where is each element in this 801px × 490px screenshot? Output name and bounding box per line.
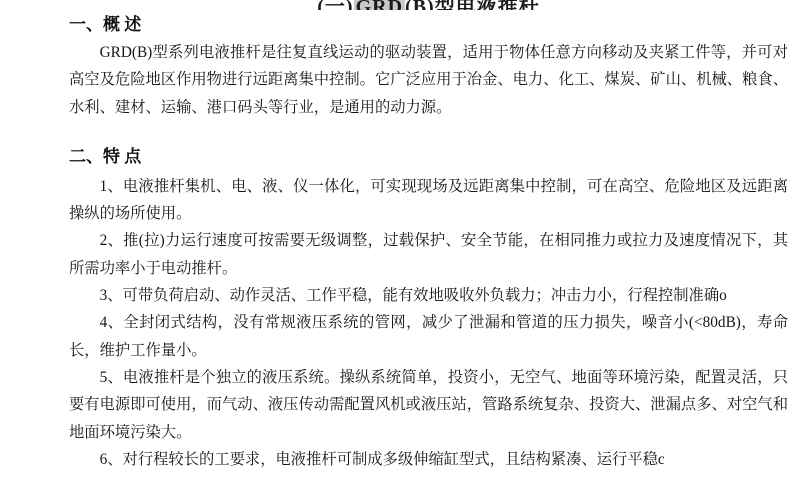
feature-item: 2、推(拉)力运行速度可按需要无级调整，过载保护、安全节能，在相同推力或拉力及速… (69, 227, 788, 282)
feature-item: 5、电液推杆是个独立的液压系统。操纵系统简单，投资小，无空气、地面等环境污染，配… (69, 364, 788, 446)
feature-item: 3、可带负荷启动、动作灵活、工作平稳，能有效地吸收外负载力；冲击力小，行程控制准… (69, 282, 788, 309)
page-title: (一)GRD(B)型电液推杆 (317, 0, 539, 10)
feature-item: 4、全封闭式结构，没有常规液压系统的管网，减少了泄漏和管道的压力损失，噪音小(<… (69, 309, 788, 364)
section-features-heading: 二、特 点 (69, 146, 788, 168)
page-title-suffix: (B)型电液推杆 (405, 0, 540, 10)
document-page: (一)GRD(B)型电液推杆 一、概 述 GRD(B)型系列电液推杆是往复直线运… (0, 0, 801, 490)
overview-paragraph: GRD(B)型系列电液推杆是往复直线运动的驱动装置，适用于物体任意方向移动及夹紧… (69, 39, 788, 121)
features-list: 1、电液推杆集机、电、液、仪一体化，可实现现场及远距离集中控制，可在高空、危险地… (69, 173, 788, 473)
document-content: (一)GRD(B)型电液推杆 一、概 述 GRD(B)型系列电液推杆是往复直线运… (69, 0, 788, 473)
page-title-cropped: (一)GRD(B)型电液推杆 (69, 0, 788, 10)
feature-item: 1、电液推杆集机、电、液、仪一体化，可实现现场及远距离集中控制，可在高空、危险地… (69, 173, 788, 228)
page-title-prefix: (一) (317, 0, 353, 10)
page-title-highlight: GRD (354, 0, 405, 10)
feature-item: 6、对行程较长的工要求，电液推杆可制成多级伸缩缸型式，且结构紧凑、运行平稳c (69, 446, 788, 473)
section-overview-heading: 一、概 述 (69, 14, 788, 36)
